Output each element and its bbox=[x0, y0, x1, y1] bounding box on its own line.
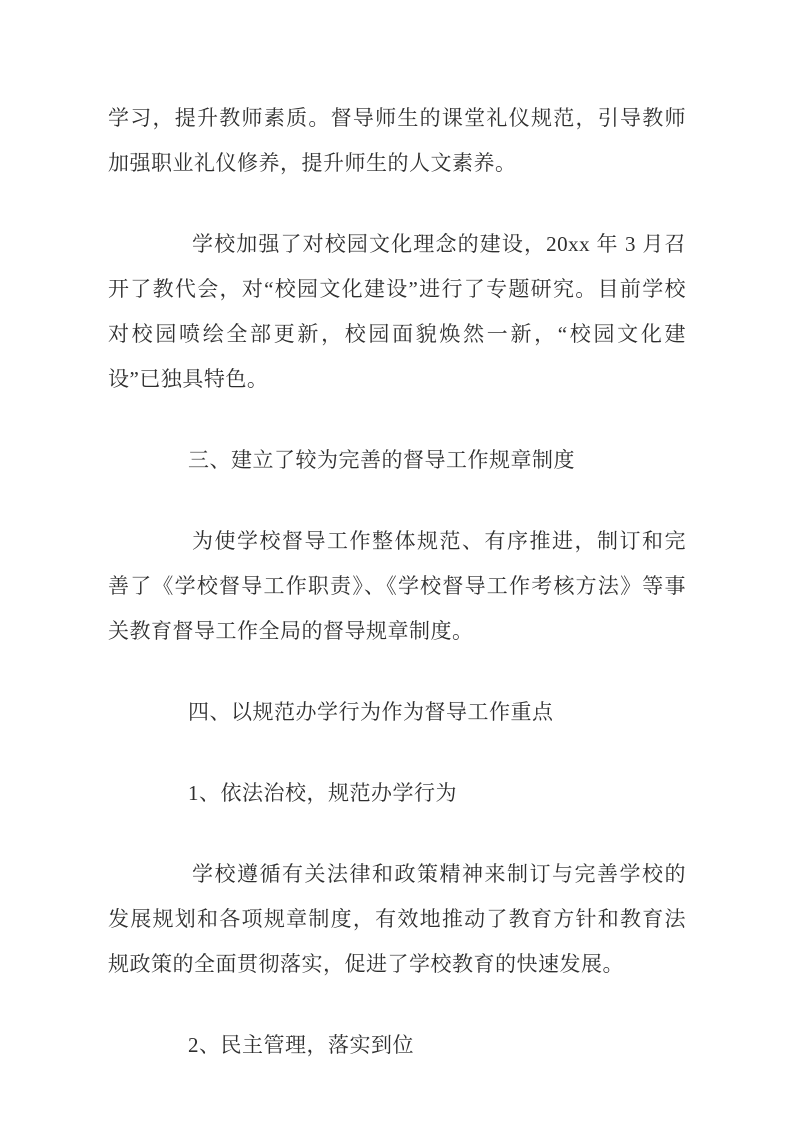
section-heading-four: 四、以规范办学行为作为督导工作重点 bbox=[108, 690, 686, 735]
document-text-body: 学习，提升教师素质。督导师生的课堂礼仪规范，引导教师加强职业礼仪修养，提升师生的… bbox=[108, 96, 686, 1068]
paragraph-supervision-rules: 为使学校督导工作整体规范、有序推进，制订和完善了《学校督导工作职责》、《学校督导… bbox=[108, 519, 686, 654]
paragraph-campus-culture: 学校加强了对校园文化理念的建设，20xx 年 3 月召开了教代会，对“校园文化建… bbox=[108, 222, 686, 402]
section-heading-three: 三、建立了较为完善的督导工作规章制度 bbox=[108, 438, 686, 483]
paragraph-continuation: 学习，提升教师素质。督导师生的课堂礼仪规范，引导教师加强职业礼仪修养，提升师生的… bbox=[108, 96, 686, 186]
subsection-heading-1: 1、依法治校，规范办学行为 bbox=[108, 771, 686, 816]
subsection-heading-2: 2、民主管理，落实到位 bbox=[108, 1023, 686, 1068]
paragraph-law-based-governance: 学校遵循有关法律和政策精神来制订与完善学校的发展规划和各项规章制度，有效地推动了… bbox=[108, 852, 686, 987]
document-page: 学习，提升教师素质。督导师生的课堂礼仪规范，引导教师加强职业礼仪修养，提升师生的… bbox=[0, 0, 793, 1122]
